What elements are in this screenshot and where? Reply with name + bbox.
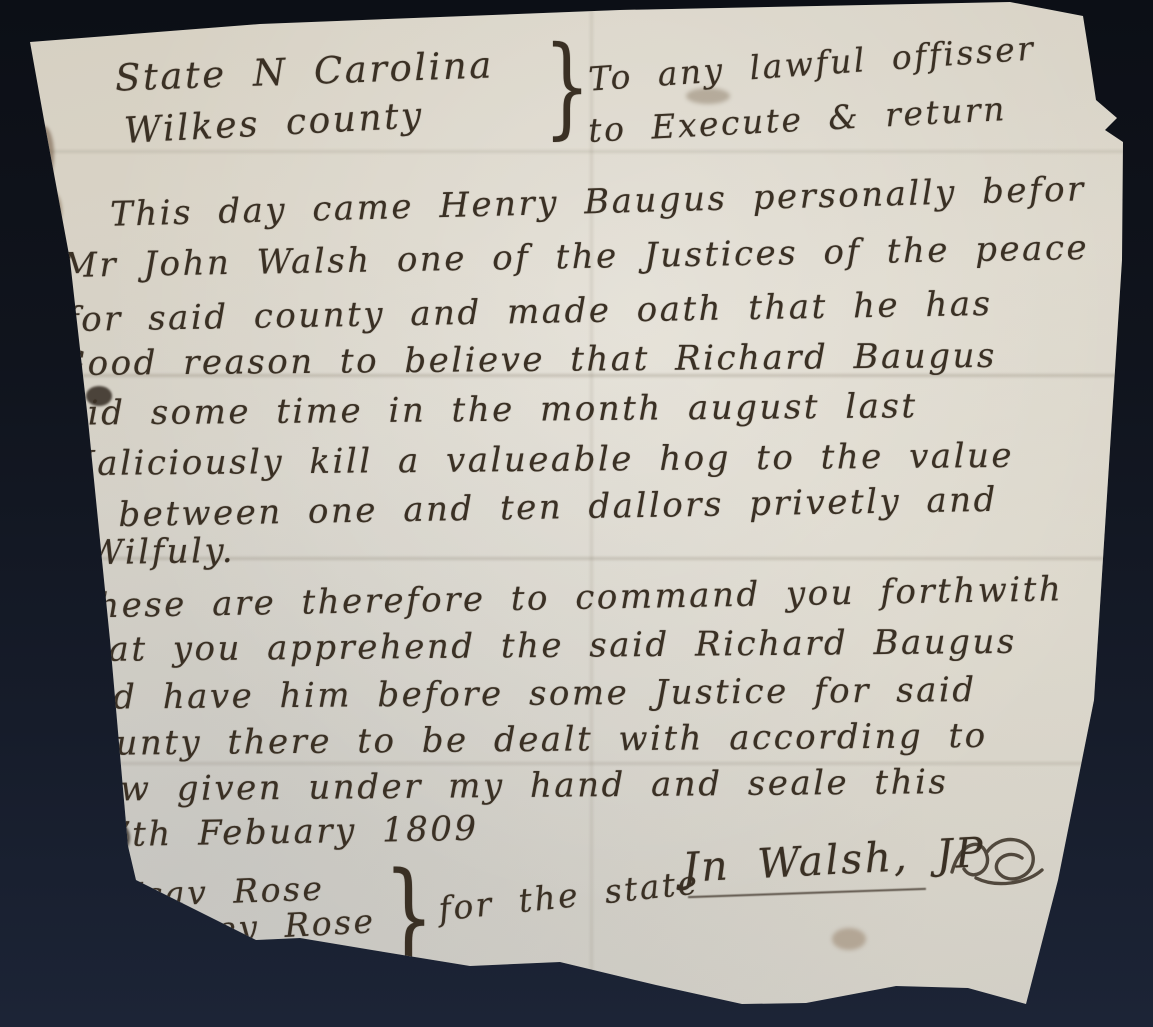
body-line: for said county and made oath that he ha…	[66, 284, 993, 340]
header-brace: }	[544, 31, 590, 140]
header-county-line: Wilkes county	[123, 95, 425, 152]
justice-signature: Jn Walsh, JP	[681, 828, 987, 892]
body-line: Did some time in the month august last	[58, 386, 918, 433]
body-line: Mr John Walsh one of the Justices of the…	[62, 228, 1090, 286]
body-line: This day came Henry Baugus personally be…	[110, 169, 1087, 235]
ink-stain	[50, 300, 68, 334]
fold-crease	[0, 150, 1153, 153]
header-execute-line: to Execute & return	[587, 89, 1008, 150]
body-line: that you apprehend the said Richard Baug…	[68, 622, 1017, 670]
body-line: Maliciously kill a valueable hog to the …	[60, 436, 1014, 484]
body-line: Law given under my hand and seale this	[72, 762, 949, 810]
witness-brace: }	[384, 856, 434, 978]
body-line: of between one and ten dallors privetly …	[55, 480, 999, 536]
header-officer-line: To any lawful offisser	[587, 28, 1037, 98]
body-line: County there to be dealt with according …	[64, 716, 988, 764]
body-line: These are therefore to command you forth…	[72, 569, 1064, 626]
ink-stain	[38, 190, 62, 232]
body-line: Wilfuly.	[88, 531, 236, 574]
manuscript-paper: State N Carolina Wilkes county } To any …	[0, 0, 1153, 1027]
photo-of-document: { "colors": { "background": "#131722", "…	[0, 0, 1153, 1027]
ink-blot	[102, 822, 130, 854]
attestation-text: for the state	[437, 862, 702, 928]
witness-name: Nancey Rose	[117, 901, 376, 953]
body-line: Good reason to believe that Richard Baug…	[58, 336, 997, 384]
seal-flourish-icon	[946, 830, 1056, 892]
witness-name: Poley Roas	[111, 932, 331, 986]
ink-stain	[34, 126, 54, 184]
paper-stain	[832, 928, 866, 950]
header-state-line: State N Carolina	[114, 43, 494, 99]
body-line: and have him before some Justice for sai…	[66, 670, 977, 718]
